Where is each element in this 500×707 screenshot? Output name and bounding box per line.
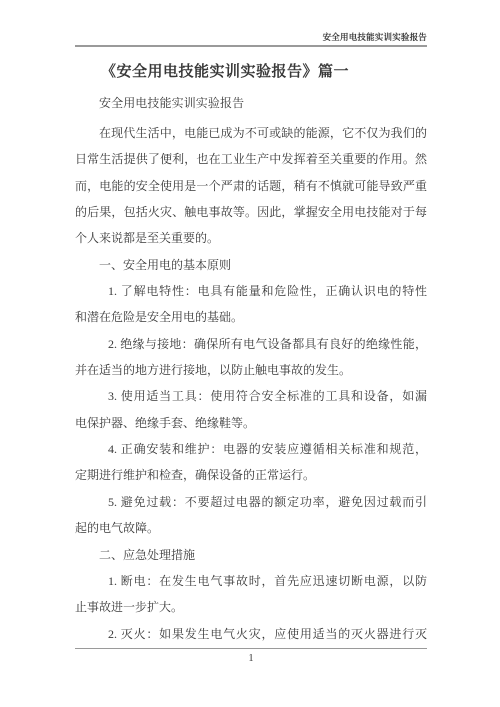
paragraph: 在现代生活中，电能已成为不可或缺的能源，它不仅为我们的日常生活提供了便利，也在工…	[75, 120, 427, 252]
doc-subtitle: 安全用电技能实训实验报告	[75, 95, 427, 111]
text-line: 在现代生活中，电能已成为不可或缺的能源，它不仅为我们的	[75, 120, 427, 146]
page-number: 1	[75, 651, 427, 666]
text-line: 的后果，包括火灾、触电事故等。因此，掌握安全用电技能对于每	[75, 199, 427, 225]
text-line: 5. 避免过载：不要超过电器的额定功率，避免因过载而引	[75, 489, 427, 515]
text-line: 一、安全用电的基本原则	[75, 252, 427, 278]
text-line: 1. 断电：在发生电气事故时，首先应迅速切断电源，以防	[75, 568, 427, 594]
text-line: 2. 灭火：如果发生电气火灾，应使用适当的灭火器进行灭	[75, 621, 427, 647]
paragraph: 4. 正确安装和维护：电器的安装应遵循相关标准和规范，定期进行维护和检查，确保设…	[75, 436, 427, 489]
paragraph: 二、应急处理措施	[75, 542, 427, 568]
text-line: 止事故进一步扩大。	[75, 594, 427, 620]
text-line: 二、应急处理措施	[75, 542, 427, 568]
text-line: 和潜在危险是安全用电的基础。	[75, 304, 427, 330]
document-page: 安全用电技能实训实验报告 《安全用电技能实训实验报告》篇一 安全用电技能实训实验…	[0, 0, 500, 707]
paragraph: 3. 使用适当工具：使用符合安全标准的工具和设备，如漏电保护器、绝缘手套、绝缘鞋…	[75, 383, 427, 436]
paragraph: 1. 了解电特性：电具有能量和危险性，正确认识电的特性和潜在危险是安全用电的基础…	[75, 278, 427, 331]
header-rule	[75, 45, 427, 47]
text-line: 4. 正确安装和维护：电器的安装应遵循相关标准和规范，	[75, 436, 427, 462]
text-line: 电保护器、绝缘手套、绝缘鞋等。	[75, 410, 427, 436]
text-line: 个人来说都是至关重要的。	[75, 225, 427, 251]
text-line: 1. 了解电特性：电具有能量和危险性，正确认识电的特性	[75, 278, 427, 304]
text-line: 起的电气故障。	[75, 515, 427, 541]
text-line: 日常生活提供了便利，也在工业生产中发挥着至关重要的作用。然	[75, 146, 427, 172]
running-header: 安全用电技能实训实验报告	[323, 30, 427, 44]
body-text: 在现代生活中，电能已成为不可或缺的能源，它不仅为我们的日常生活提供了便利，也在工…	[75, 120, 427, 647]
paragraph: 1. 断电：在发生电气事故时，首先应迅速切断电源，以防止事故进一步扩大。	[75, 568, 427, 621]
paragraph: 5. 避免过载：不要超过电器的额定功率，避免因过载而引起的电气故障。	[75, 489, 427, 542]
paragraph: 2. 灭火：如果发生电气火灾，应使用适当的灭火器进行灭	[75, 621, 427, 647]
text-line: 2. 绝缘与接地：确保所有电气设备都具有良好的绝缘性能，	[75, 331, 427, 357]
paragraph: 2. 绝缘与接地：确保所有电气设备都具有良好的绝缘性能，并在适当的地方进行接地，…	[75, 331, 427, 384]
text-line: 定期进行维护和检查，确保设备的正常运行。	[75, 462, 427, 488]
doc-title: 《安全用电技能实训实验报告》篇一	[75, 62, 427, 82]
text-line: 3. 使用适当工具：使用符合安全标准的工具和设备，如漏	[75, 383, 427, 409]
paragraph: 一、安全用电的基本原则	[75, 252, 427, 278]
text-line: 而，电能的安全使用是一个严肃的话题，稍有不慎就可能导致严重	[75, 173, 427, 199]
text-line: 并在适当的地方进行接地，以防止触电事故的发生。	[75, 357, 427, 383]
footer-rule	[75, 648, 427, 649]
